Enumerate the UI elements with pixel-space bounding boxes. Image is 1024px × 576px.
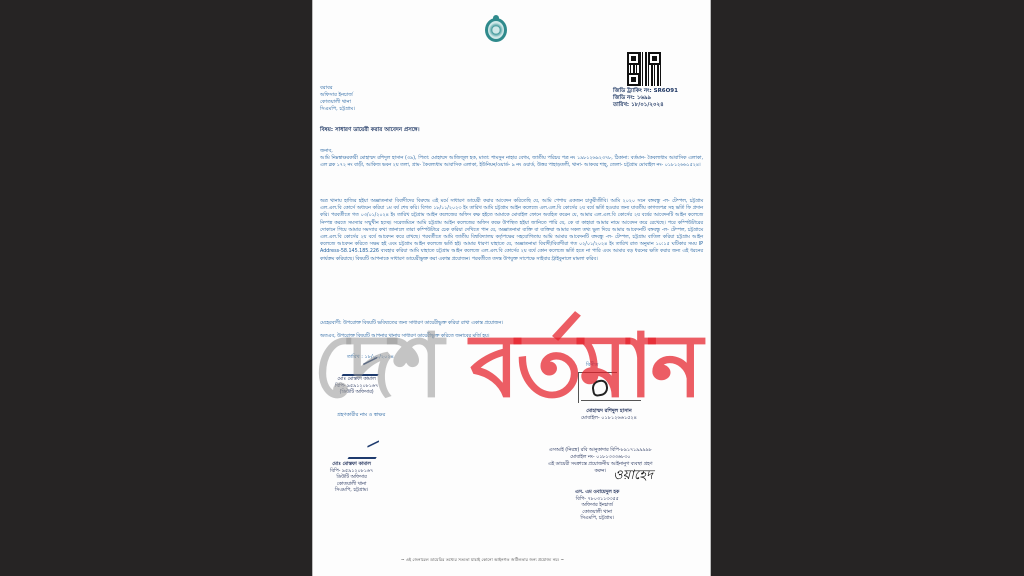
- gd-number-value: ১৬৯৯: [637, 95, 651, 101]
- officer-name: মোঃ মোস্তফা কামাল: [330, 462, 373, 469]
- gd-meta: জিডি ট্র্যাকিং নং: SR6O91 জিডি নং: ১৬৯৯ …: [613, 88, 678, 109]
- gd-number-label: জিডি নং:: [613, 95, 635, 101]
- scanned-gd-document: জিডি ট্র্যাকিং নং: SR6O91 জিডি নং: ১৬৯৯ …: [313, 0, 710, 576]
- gd-tracking-label: জিডি ট্র্যাকিং নং:: [613, 88, 652, 94]
- recipient-line: অফিসার ইনচার্জ: [320, 92, 355, 99]
- gd-date-label: তারিখ:: [613, 102, 629, 108]
- closing-request-2: অতএব, উপরোক্ত বিষয়টি আপনার থানায় সাধার…: [320, 333, 703, 340]
- applicant-block: মোহাম্মদ রশিদুল হাসান মোবাইল- ০১৮১২৬৬১৫২…: [581, 408, 637, 422]
- intro-paragraph: জনাব, আমি নিম্নস্বাক্ষরকারী মোহাম্মদ রশি…: [320, 148, 703, 170]
- recipient-address: বরাবর অফিসার ইনচার্জ কোতয়ালী থানা সিএমপ…: [320, 85, 355, 113]
- body-paragraph: অত্র থানায় হাজির হইয়া অজ্ঞাতনামা বিবাদ…: [320, 198, 703, 263]
- duty-officer-signature-icon: [342, 364, 385, 376]
- subject-line: বিষয়: সাধারণ ডায়েরী করার আবেদন প্রসঙ্গ…: [320, 127, 420, 134]
- bottom-officer-signature-icon: [348, 447, 383, 459]
- applicant-name: মোহাম্মদ রশিদুল হাসান: [581, 408, 637, 415]
- oc-unit: সিএমপি, চট্টগ্রাম।: [575, 516, 619, 523]
- receiver-note: গ্রহণকারীর নাম ও স্বাক্ষর: [337, 412, 385, 419]
- duty-officer-block: মোঃ মোস্তফা কামাল বিপি- ৯৫৯১২০৮১৬৭ (ডিউট…: [335, 377, 378, 397]
- bottom-duty-officer-block: মোঃ মোস্তফা কামাল বিপি- ৯৫৯১২০৮১৬৭ ডিউটি…: [330, 462, 373, 495]
- yours-faithfully: বিনীত: [586, 362, 598, 369]
- applicant-details: আমি নিম্নস্বাক্ষরকারী মোহাম্মদ রশিদুল হা…: [320, 155, 703, 169]
- gd-note-line: এই ডায়েরী সংক্রান্তে প্রয়োজনীয় আইনানু…: [548, 461, 653, 468]
- gd-note-line: মোবাইল নং- ০১৮১৩৩৩৬৮৩০: [548, 454, 653, 461]
- recipient-line: কোতয়ালী থানা: [320, 99, 355, 106]
- applicant-mobile: মোবাইল- ০১৮১২৬৬১৫২৪: [581, 415, 637, 422]
- closing-request-1: মেহেরবাণী: উপরোক্ত বিষয়টি ভবিষ্যতের জন্…: [320, 320, 703, 327]
- officer-in-charge-block: এস. এম ওবায়েদুল হক বিপি- ৭৮০৩১১৩৩৫৫ অফি…: [575, 490, 619, 523]
- gd-note-line: এসআই (নিরস্ত্র) রবি আনুকাদার বিপি-৮৯১৭১৯…: [548, 447, 653, 454]
- qr-code-icon: [627, 52, 661, 86]
- document-footer: ~ এই জেনারেল ডায়েরির তথ্যের সত্যতা যাচা…: [401, 556, 564, 563]
- recipient-line: বরাবর: [320, 85, 355, 92]
- officer-designation: (ডিউটি অফিসার): [335, 390, 378, 397]
- gd-date-value: ১৮/০১/২০২৪: [631, 102, 664, 108]
- salutation: জনাব,: [320, 148, 703, 155]
- oc-name: এস. এম ওবায়েদুল হক: [575, 490, 619, 497]
- police-seal-icon: [485, 18, 507, 42]
- officer-unit: সিএমপি, চট্টগ্রাম।: [330, 488, 373, 495]
- oc-designation: অফিসার ইনচার্জ: [575, 503, 619, 510]
- gd-tracking-value: SR6O91: [654, 88, 678, 94]
- officer-designation: ডিউটি অফিসার: [330, 475, 373, 482]
- officer-name: মোঃ মোস্তফা কামাল: [335, 377, 378, 384]
- oc-signature: ওয়াহেদ: [613, 472, 653, 479]
- recipient-line: সিএমপি, চট্টগ্রাম।: [320, 106, 355, 113]
